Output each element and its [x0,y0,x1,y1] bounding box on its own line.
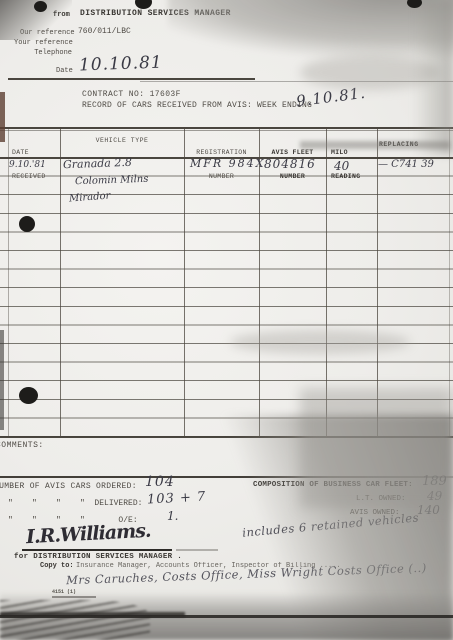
scan-smudge-upper-right [300,55,440,90]
scan-shadow-right-edge [406,0,453,155]
copy-to-label: Copy to: [40,562,74,570]
lt-owned-value-handwritten: 49 [427,489,442,503]
table-vline-1 [60,127,61,437]
composition-label: COMPOSITION OF BUSINESS CAR FLEET: [253,481,413,489]
comments-label: COMMENTS: [0,441,44,450]
table-top-border [0,127,453,129]
hole-punch-left-2 [19,387,38,404]
date-label: Date [56,67,73,75]
ordered-value-handwritten: 104 [145,474,175,490]
col-header-date-l2: RECEIVED [12,173,58,181]
table-vline-right [449,127,450,437]
retained-vehicles-note-handwritten: includes 6 retained vehicles [242,510,420,539]
hole-punch-top-2 [135,0,152,9]
week-ending-handwritten: 9.10.81. [295,84,367,110]
col-header-avis-fleet-l1: AVIS FLEET [260,149,325,157]
scan-scribble-bottom-left [0,600,150,640]
our-reference-label: Our reference [20,29,72,37]
oe-value-handwritten: 1. [167,509,178,523]
delivered-value-handwritten: 103 + 7 [147,489,207,507]
entry-replacing: — C741 39 [378,159,434,170]
col-header-milo-l1: MILO [331,149,375,157]
form-number-subline [52,596,96,598]
scan-mark-left-edge-upper [0,92,5,142]
date-underline [8,78,255,80]
avis-owned-value-handwritten: 140 [417,503,440,517]
col-header-replacing: REPLACING [379,141,449,148]
entry-registration: MFR 984X [190,157,266,170]
col-header-milo-l2: READING [331,173,375,181]
our-reference-value: 760/011/LBC [78,27,131,36]
date-underline-faint [140,81,453,82]
table-top-border-2 [0,130,453,131]
date-value-handwritten: 10.10.81 [79,53,163,76]
table-vline-4 [326,127,327,437]
form-number: 4151 (1) [52,589,76,595]
hole-punch-left-1 [19,216,35,232]
ordered-label: NUMBER OF AVIS CARS ORDERED: [0,482,137,491]
signatory-line: for DISTRIBUTION SERVICES MANAGER . [14,553,182,561]
from-value: DISTRIBUTION SERVICES MANAGER [80,9,231,18]
hole-punch-top-3 [407,0,422,8]
col-header-avis-fleet-l2: NUMBER [260,173,325,181]
from-label: from [53,11,70,19]
table-vline-left [8,127,9,437]
contract-no-line: CONTRACT NO: 17603F [82,90,181,99]
scan-shadow-bottom-band [0,592,453,640]
entry-vehicle-line1: Granada 2.8 [63,156,132,171]
entry-milo-reading: 40 [334,159,349,173]
col-header-registration-l1: REGISTRATION [185,149,258,157]
scanned-letter-page: from DISTRIBUTION SERVICES MANAGER Our r… [0,0,453,640]
entry-fleet-number: 804816 [264,157,316,171]
telephone-label: Telephone [30,49,72,57]
hole-punch-top-1 [34,1,47,12]
table-body-rowlines [0,158,453,437]
your-reference-label: Your reference [14,39,72,47]
lt-owned-label: L.T. OWNED: [356,495,406,503]
signature-underline [22,549,172,551]
delivered-line: " " " " DELIVERED: [8,499,142,508]
signature-underline-faint [176,549,218,551]
summary-top-rule [0,476,453,478]
scan-crease-line-left [0,612,185,617]
col-header-date-l1: DATE [12,149,58,157]
table-vline-5 [377,127,378,437]
entry-date-received: 9.10.'81 [9,160,46,170]
record-line: RECORD OF CARS RECEIVED FROM AVIS: WEEK … [82,101,312,110]
scan-crease-line [0,615,453,618]
col-header-registration-l2: NUMBER [185,173,258,181]
col-header-vehicle-type: VEHICLE TYPE [61,137,183,144]
composition-value-handwritten: 189 [422,474,447,489]
